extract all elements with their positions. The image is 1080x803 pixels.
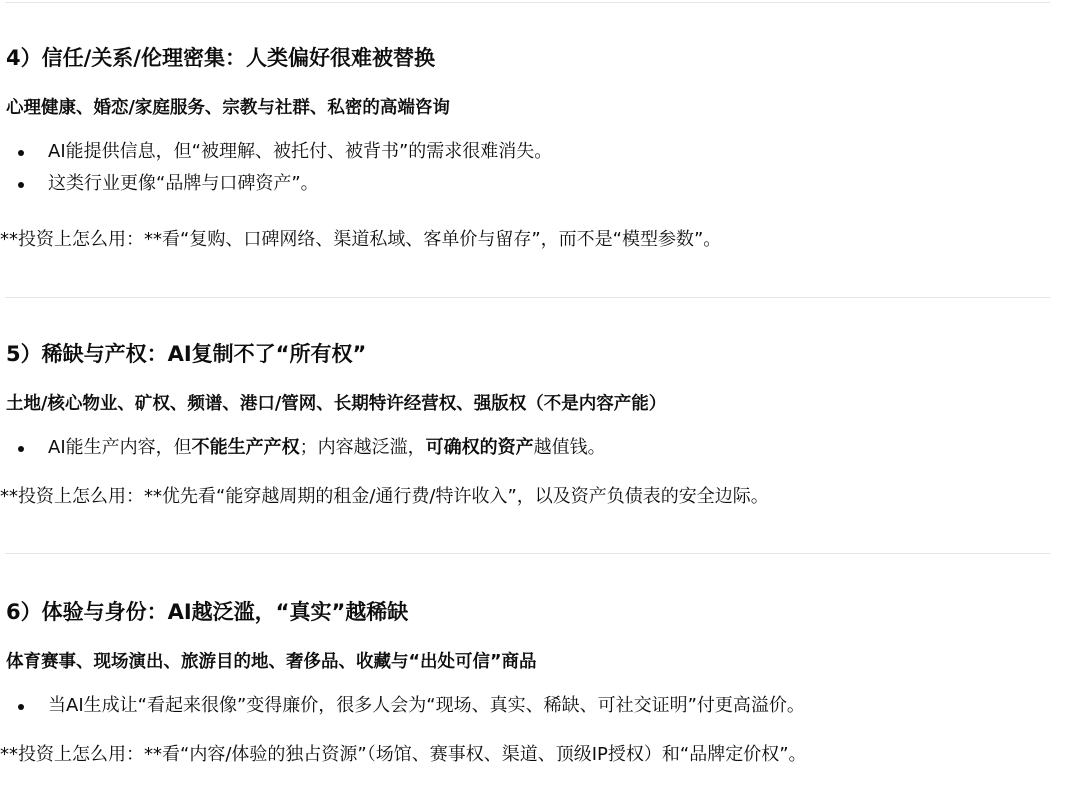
bullet-text-bold: 可确权的资产	[426, 437, 534, 458]
list-item: 当AI生成让“看起来很像”变得廉价，很多人会为“现场、真实、稀缺、可社交证明”付…	[6, 694, 805, 726]
bullet-dot-icon	[18, 182, 24, 188]
bullet-text-part: AI能生产内容，但	[48, 437, 192, 458]
section-subheading: 心理健康、婚恋/家庭服务、宗教与社群、私密的高端咨询	[6, 96, 450, 120]
bullet-text: 当AI生成让“看起来很像”变得廉价，很多人会为“现场、真实、稀缺、可社交证明”付…	[48, 695, 805, 716]
section-heading: 6）体验与身份：AI越泛滥，“真实”越稀缺	[6, 598, 408, 626]
section-subheading: 体育赛事、现场演出、旅游目的地、奢侈品、收藏与“出处可信”商品	[6, 650, 537, 674]
list-item: 这类行业更像“品牌与口碑资产”。	[6, 172, 552, 204]
section-subheading: 土地/核心物业、矿权、频谱、港口/管网、长期特许经营权、强版权（不是内容产能）	[6, 392, 666, 416]
section-divider	[5, 2, 1050, 3]
investment-note: **投资上怎么用：**看“复购、口碑网络、渠道私域、客单价与留存”，而不是“模型…	[0, 228, 721, 252]
section-divider	[5, 297, 1050, 298]
bullet-list: 当AI生成让“看起来很像”变得廉价，很多人会为“现场、真实、稀缺、可社交证明”付…	[6, 694, 805, 726]
bullet-text-part: 越值钱。	[534, 437, 606, 458]
bullet-text-part: ；内容越泛滥，	[300, 437, 426, 458]
bullet-dot-icon	[18, 704, 24, 710]
section-divider	[5, 553, 1050, 554]
bullet-text: AI能提供信息，但“被理解、被托付、被背书”的需求很难消失。	[48, 141, 552, 162]
section-heading: 4）信任/关系/伦理密集：人类偏好很难被替换	[6, 44, 435, 72]
bullet-list: AI能提供信息，但“被理解、被托付、被背书”的需求很难消失。 这类行业更像“品牌…	[6, 140, 552, 204]
investment-note: **投资上怎么用：**看“内容/体验的独占资源”（场馆、赛事权、渠道、顶级IP授…	[0, 743, 807, 767]
bullet-list: AI能生产内容，但不能生产产权；内容越泛滥，可确权的资产越值钱。	[6, 436, 606, 468]
investment-note: **投资上怎么用：**优先看“能穿越周期的租金/通行费/特许收入”，以及资产负债…	[0, 485, 769, 509]
bullet-dot-icon	[18, 150, 24, 156]
bullet-text: 这类行业更像“品牌与口碑资产”。	[48, 173, 319, 194]
list-item: AI能生产内容，但不能生产产权；内容越泛滥，可确权的资产越值钱。	[6, 436, 606, 468]
section-heading: 5）稀缺与产权：AI复制不了“所有权”	[6, 340, 366, 368]
list-item: AI能提供信息，但“被理解、被托付、被背书”的需求很难消失。	[6, 140, 552, 172]
bullet-dot-icon	[18, 446, 24, 452]
bullet-text-bold: 不能生产产权	[192, 437, 300, 458]
